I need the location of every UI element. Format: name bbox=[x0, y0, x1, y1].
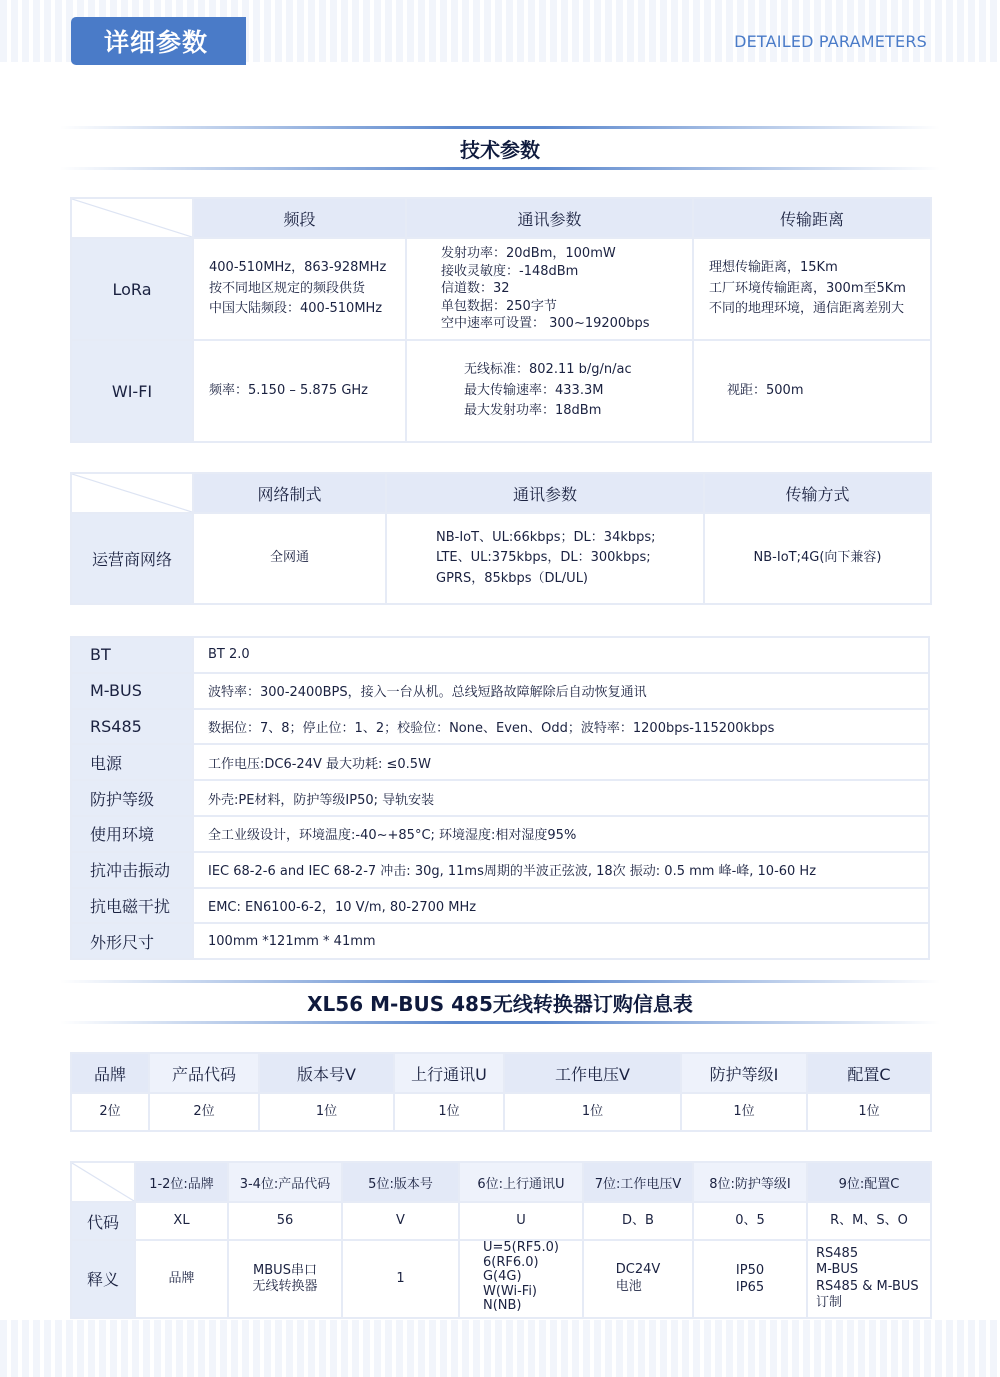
spec-row: 防护等级外壳:PE材料，防护等级IP50; 导轨安装 bbox=[71, 780, 929, 816]
col-header-distance: 传输距离 bbox=[693, 198, 931, 238]
spec-row: 抗冲击振动IEC 68-2-6 and IEC 68-2-7 冲击: 30g, … bbox=[71, 852, 929, 888]
spec-row: 电源工作电压:DC6-24V 最大功耗: ≤0.5W bbox=[71, 744, 929, 780]
meaning-cell: DC24V 电池 bbox=[583, 1240, 693, 1318]
spec-value: 全工业级设计，环境温度:-40~+85°C; 环境湿度:相对湿度95% bbox=[193, 816, 929, 852]
cellular-params-table: 网络制式 通讯参数 传输方式 运营商网络 全网通 NB-IoT、UL:66kbp… bbox=[70, 472, 932, 605]
meaning-cell: U=5(RF5.0) 6(RF6.0) G(4G) W(Wi-Fi) N(NB) bbox=[459, 1240, 583, 1318]
code-value: V bbox=[342, 1202, 459, 1240]
col-header-protection: 防护等级I bbox=[681, 1053, 807, 1093]
col-header-config-digit: 9位:配置C bbox=[807, 1162, 931, 1202]
col-header-version-digit: 5位:版本号 bbox=[342, 1162, 459, 1202]
spec-value: BT 2.0 bbox=[193, 637, 929, 673]
spec-value: 波特率：300-2400BPS，接入一台从机。总线短路故障解除后自动恢复通讯 bbox=[193, 673, 929, 709]
spec-key: 电源 bbox=[71, 744, 193, 780]
diagonal-header-cell bbox=[71, 198, 193, 238]
spec-row: 外形尺寸100mm *121mm * 41mm bbox=[71, 923, 929, 959]
meaning-cell: RS485 M-BUS RS485 & M-BUS 订制 bbox=[807, 1240, 931, 1318]
section-title-order: XL56 M-BUS 485无线转换器订购信息表 bbox=[60, 980, 940, 1024]
wireless-params-table: 频段 通讯参数 传输距离 LoRa 400-510MHz，863-928MHz … bbox=[70, 197, 932, 443]
col-header-band: 频段 bbox=[193, 198, 406, 238]
meaning-cell: IP50 IP65 bbox=[693, 1240, 807, 1318]
page-title: 详细参数 bbox=[104, 23, 208, 59]
lora-band-cell: 400-510MHz，863-928MHz 按不同地区规定的频段供货 中国大陆频… bbox=[193, 238, 406, 340]
diagonal-header-cell bbox=[71, 1162, 135, 1202]
spec-value: 工作电压:DC6-24V 最大功耗: ≤0.5W bbox=[193, 744, 929, 780]
table-row-meanings: 释义 品牌 MBUS串口 无线转换器 1 U=5(RF5.0) 6(RF6.0)… bbox=[71, 1240, 931, 1318]
col-header-voltage-digit: 7位:工作电压V bbox=[583, 1162, 693, 1202]
col-header-version: 版本号V bbox=[259, 1053, 394, 1093]
col-header-comm: 通讯参数 bbox=[406, 198, 693, 238]
table-row-lora: LoRa 400-510MHz，863-928MHz 按不同地区规定的频段供货 … bbox=[71, 238, 931, 340]
spec-row: BTBT 2.0 bbox=[71, 637, 929, 673]
code-value: 56 bbox=[228, 1202, 342, 1240]
network-cell: 全网通 bbox=[193, 513, 386, 604]
col-header-brand-digits: 1-2位:品牌 bbox=[135, 1162, 228, 1202]
col-header-uplink: 上行通讯U bbox=[394, 1053, 504, 1093]
wifi-band-cell: 频率：5.150 – 5.875 GHz bbox=[193, 340, 406, 442]
spec-value: EMC: EN6100-6-2，10 V/m, 80-2700 MHz bbox=[193, 888, 929, 924]
row-label-code: 代码 bbox=[71, 1202, 135, 1240]
meaning-cell: 1 bbox=[342, 1240, 459, 1318]
spec-key: 使用环境 bbox=[71, 816, 193, 852]
section-title-tech: 技术参数 bbox=[60, 126, 940, 170]
spec-value: 外壳:PE材料，防护等级IP50; 导轨安装 bbox=[193, 780, 929, 816]
meaning-cell: 品牌 bbox=[135, 1240, 228, 1318]
spec-row: 使用环境全工业级设计，环境温度:-40~+85°C; 环境湿度:相对湿度95% bbox=[71, 816, 929, 852]
spec-list-table: BTBT 2.0 M-BUS波特率：300-2400BPS，接入一台从机。总线短… bbox=[70, 636, 930, 960]
order-code-table: 1-2位:品牌 3-4位:产品代码 5位:版本号 6位:上行通讯U 7位:工作电… bbox=[70, 1161, 932, 1319]
footer-stripe-background bbox=[0, 1320, 1000, 1377]
wifi-distance-cell: 视距：500m bbox=[693, 340, 931, 442]
col-header-voltage: 工作电压V bbox=[504, 1053, 681, 1093]
page-subtitle-english: DETAILED PARAMETERS bbox=[734, 32, 927, 51]
diagonal-header-cell bbox=[71, 473, 193, 513]
col-header-transport: 传输方式 bbox=[704, 473, 931, 513]
section-title-text: 技术参数 bbox=[460, 134, 540, 163]
col-header-protection-digit: 8位:防护等级I bbox=[693, 1162, 807, 1202]
col-header-network: 网络制式 bbox=[193, 473, 386, 513]
spec-key: RS485 bbox=[71, 709, 193, 745]
spec-key: 抗电磁干扰 bbox=[71, 888, 193, 924]
code-value: XL bbox=[135, 1202, 228, 1240]
digit-count: 2位 bbox=[149, 1093, 259, 1131]
digit-count: 1位 bbox=[807, 1093, 931, 1131]
col-header-product-code: 产品代码 bbox=[149, 1053, 259, 1093]
table-row-carrier: 运营商网络 全网通 NB-IoT、UL:66kbps；DL：34kbps; LT… bbox=[71, 513, 931, 604]
row-label-wifi: WI-FI bbox=[71, 340, 193, 442]
spec-row: M-BUS波特率：300-2400BPS，接入一台从机。总线短路故障解除后自动恢… bbox=[71, 673, 929, 709]
transport-cell: NB-IoT;4G(向下兼容) bbox=[704, 513, 931, 604]
row-label-lora: LoRa bbox=[71, 238, 193, 340]
table-row-codes: 代码 XL 56 V U D、B 0、5 R、M、S、O bbox=[71, 1202, 931, 1240]
code-value: R、M、S、O bbox=[807, 1202, 931, 1240]
page-title-badge: 详细参数 bbox=[71, 17, 246, 65]
code-value: 0、5 bbox=[693, 1202, 807, 1240]
col-header-config: 配置C bbox=[807, 1053, 931, 1093]
spec-value: 100mm *121mm * 41mm bbox=[193, 923, 929, 959]
lora-distance-cell: 理想传输距离，15Km 工厂环境传输距离，300m至5Km 不同的地理环境，通信… bbox=[693, 238, 931, 340]
digit-count: 1位 bbox=[681, 1093, 807, 1131]
code-value: U bbox=[459, 1202, 583, 1240]
wifi-comm-cell: 无线标准：802.11 b/g/n/ac 最大传输速率：433.3M 最大发射功… bbox=[406, 340, 693, 442]
code-value: D、B bbox=[583, 1202, 693, 1240]
meaning-cell: MBUS串口 无线转换器 bbox=[228, 1240, 342, 1318]
cellular-comm-cell: NB-IoT、UL:66kbps；DL：34kbps; LTE、UL:375kb… bbox=[386, 513, 704, 604]
spec-key: 抗冲击振动 bbox=[71, 852, 193, 888]
table-row-wifi: WI-FI 频率：5.150 – 5.875 GHz 无线标准：802.11 b… bbox=[71, 340, 931, 442]
digit-count: 2位 bbox=[71, 1093, 149, 1131]
spec-key: 防护等级 bbox=[71, 780, 193, 816]
lora-comm-cell: 发射功率：20dBm，100mW 接收灵敏度：-148dBm 信道数：32 单包… bbox=[406, 238, 693, 340]
order-digits-table: 品牌 产品代码 版本号V 上行通讯U 工作电压V 防护等级I 配置C 2位 2位… bbox=[70, 1052, 932, 1132]
spec-key: BT bbox=[71, 637, 193, 673]
digit-count: 1位 bbox=[394, 1093, 504, 1131]
spec-value: 数据位：7、8；停止位：1、2；校验位：None、Even、Odd；波特率：12… bbox=[193, 709, 929, 745]
spec-key: 外形尺寸 bbox=[71, 923, 193, 959]
section-title-text: XL56 M-BUS 485无线转换器订购信息表 bbox=[307, 988, 693, 1017]
spec-row: 抗电磁干扰EMC: EN6100-6-2，10 V/m, 80-2700 MHz bbox=[71, 888, 929, 924]
row-label-carrier: 运营商网络 bbox=[71, 513, 193, 604]
col-header-uplink-digit: 6位:上行通讯U bbox=[459, 1162, 583, 1202]
col-header-product-digits: 3-4位:产品代码 bbox=[228, 1162, 342, 1202]
spec-value: IEC 68-2-6 and IEC 68-2-7 冲击: 30g, 11ms周… bbox=[193, 852, 929, 888]
spec-key: M-BUS bbox=[71, 673, 193, 709]
row-label-meaning: 释义 bbox=[71, 1240, 135, 1318]
spec-row: RS485数据位：7、8；停止位：1、2；校验位：None、Even、Odd；波… bbox=[71, 709, 929, 745]
col-header-comm: 通讯参数 bbox=[386, 473, 704, 513]
digit-count: 1位 bbox=[259, 1093, 394, 1131]
table-row-digits: 2位 2位 1位 1位 1位 1位 1位 bbox=[71, 1093, 931, 1131]
digit-count: 1位 bbox=[504, 1093, 681, 1131]
col-header-brand: 品牌 bbox=[71, 1053, 149, 1093]
